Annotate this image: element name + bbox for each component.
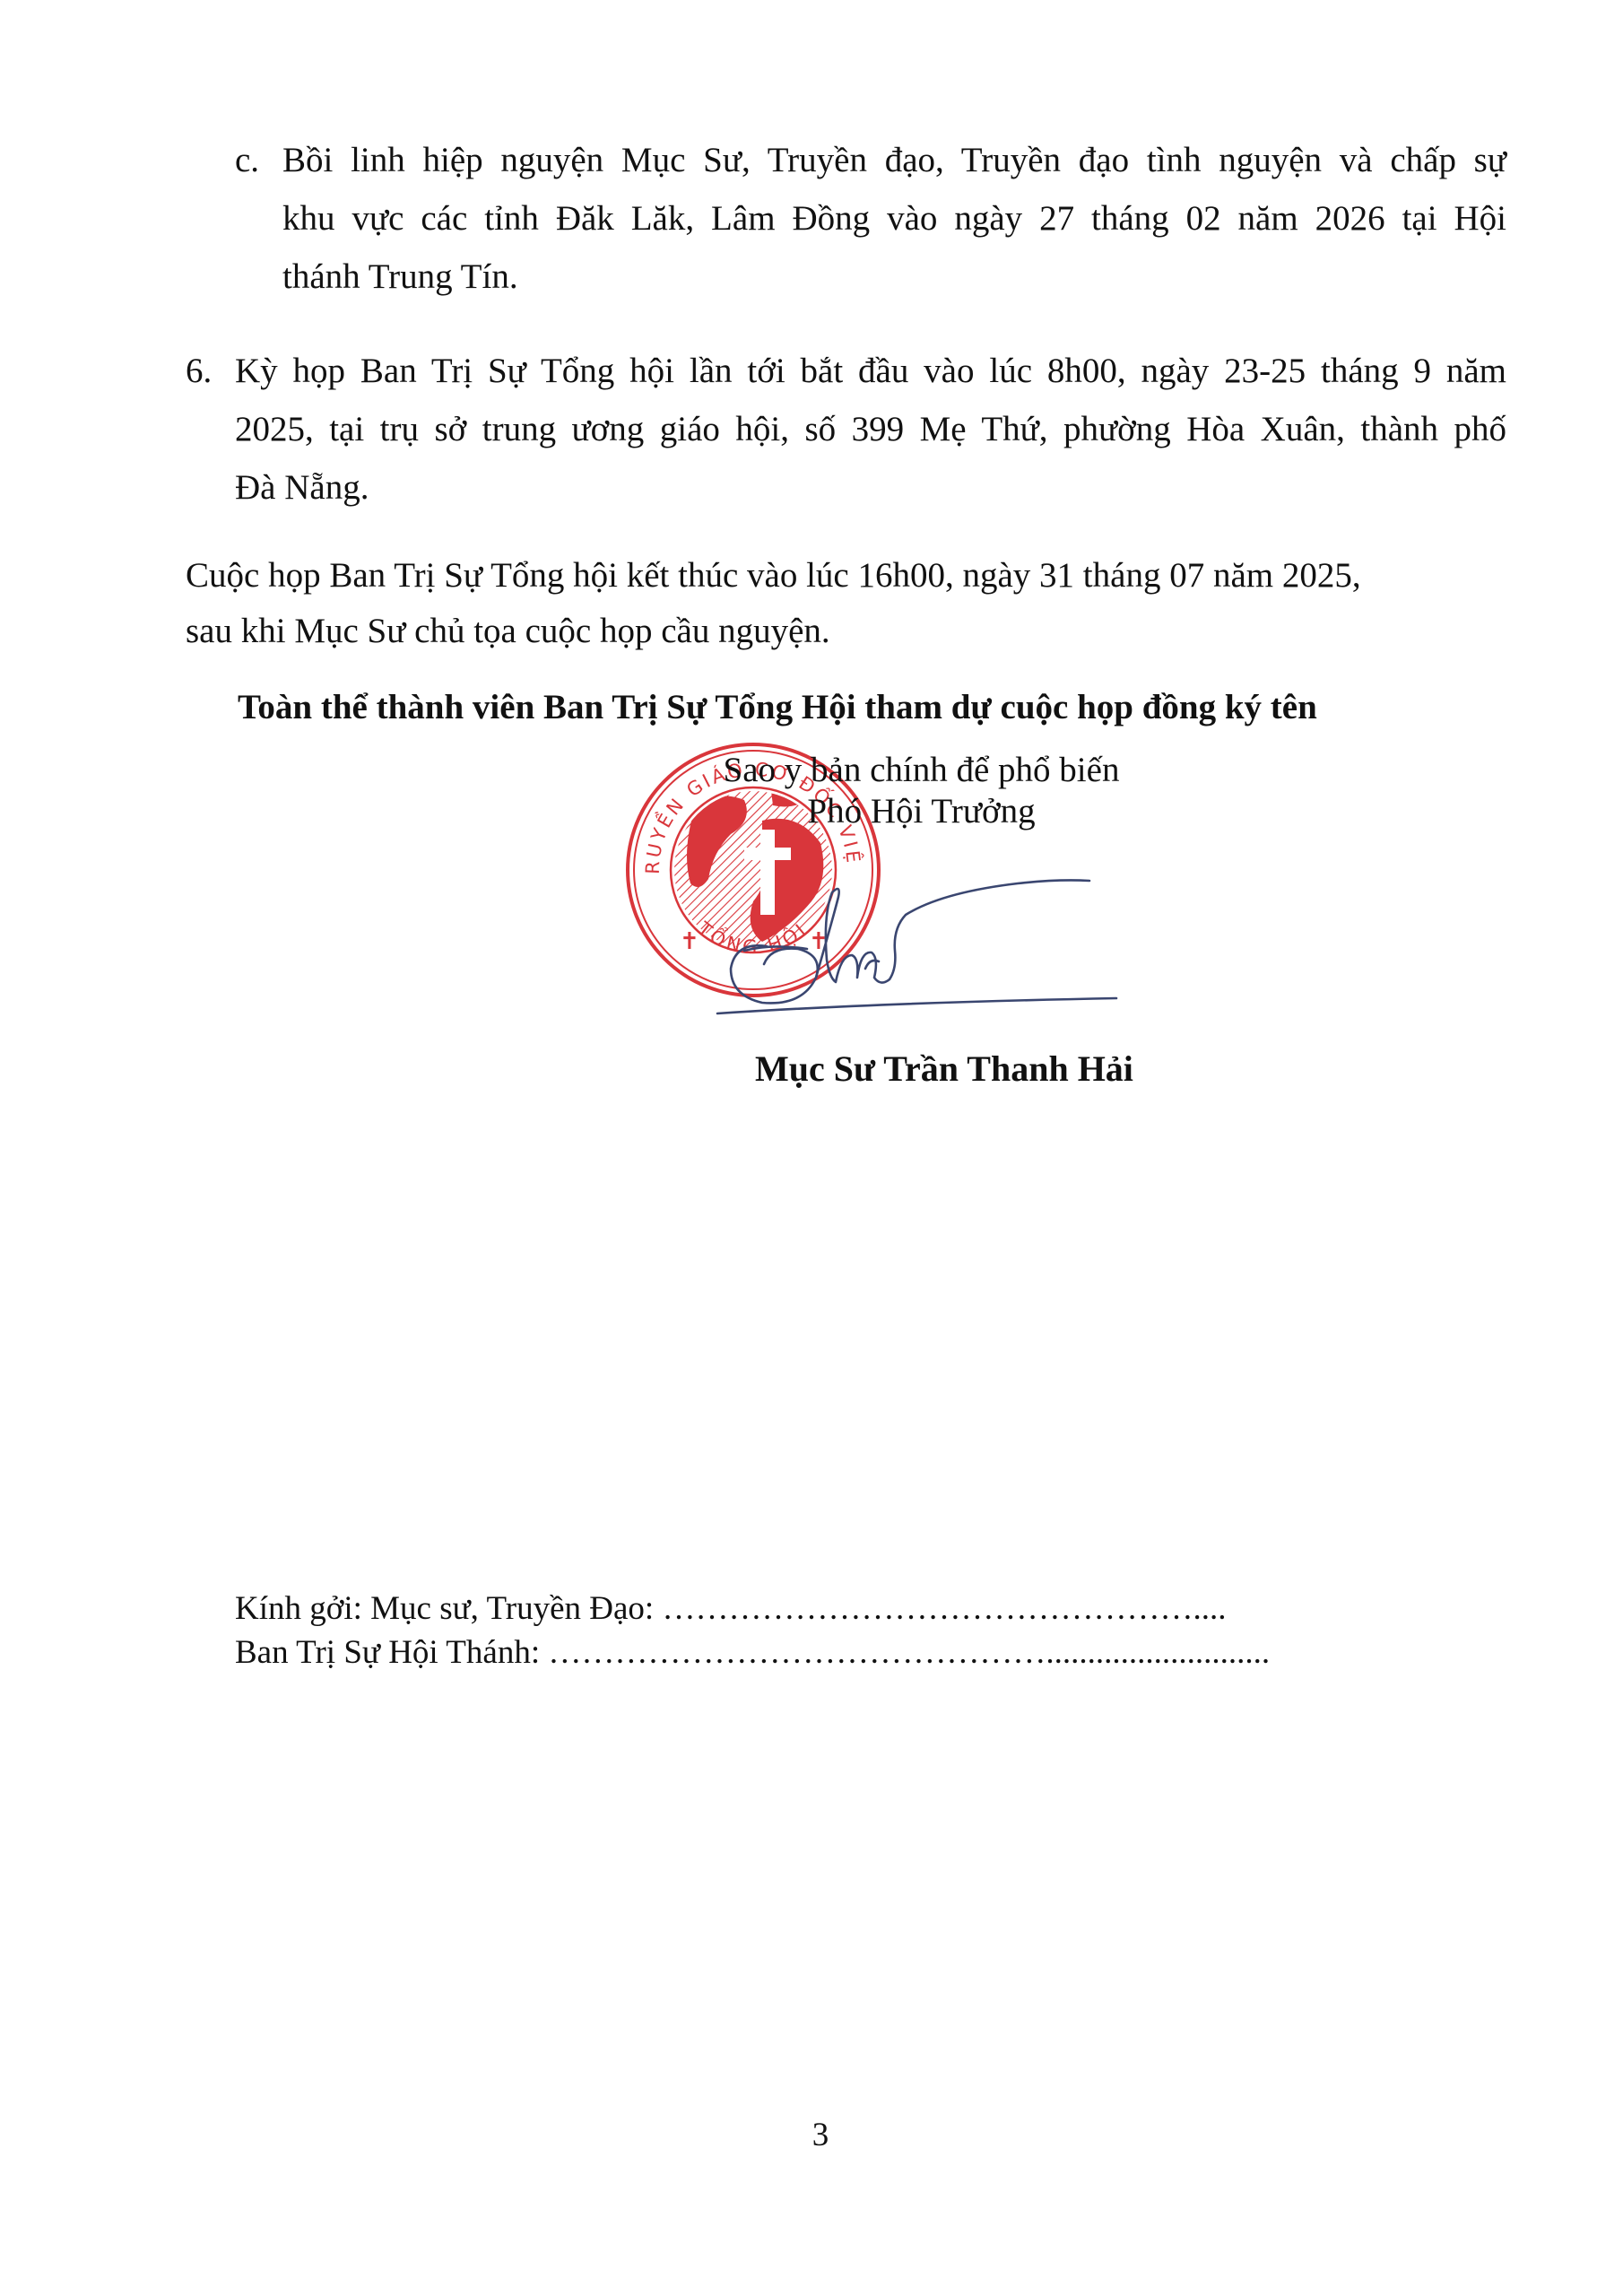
page-number: 3	[0, 2118, 1623, 2152]
item-c-line-1: Bồi linh hiệp nguyện Mục Sư, Truyền đạo,…	[282, 143, 1506, 178]
signer-name: Mục Sư Trần Thanh Hải	[755, 1051, 1133, 1087]
addressee-blank-1: …………………………………………....	[662, 1590, 1226, 1627]
closing-line-2: sau khi Mục Sư chủ tọa cuộc họp cầu nguy…	[186, 613, 830, 648]
addressee-label-1: Kính gởi: Mục sư, Truyền Đạo:	[235, 1590, 654, 1627]
handwritten-signature	[681, 843, 1148, 1031]
signing-statement: Toàn thể thành viên Ban Trị Sự Tổng Hội …	[238, 690, 1317, 725]
item-c-line-3: thánh Trung Tín.	[282, 259, 518, 294]
copy-certification-note: Sao y bản chính để phổ biến	[704, 752, 1139, 787]
item-6-line-1: Kỳ họp Ban Trị Sự Tổng hội lần tới bắt đ…	[235, 353, 1506, 388]
item-6-line-2: 2025, tại trụ sở trung ương giáo hội, số…	[235, 412, 1506, 447]
document-page: c. Bồi linh hiệp nguyện Mục Sư, Truyền đ…	[0, 0, 1623, 2296]
addressee-line-2: Ban Trị Sự Hội Thánh: ………………………………………...…	[235, 1636, 1270, 1669]
closing-line-1: Cuộc họp Ban Trị Sự Tổng hội kết thúc và…	[186, 558, 1361, 593]
signer-title: Phó Hội Trưởng	[704, 794, 1139, 829]
addressee-label-2: Ban Trị Sự Hội Thánh:	[235, 1634, 540, 1671]
addressee-blank-2: ……………………………………….........................…	[548, 1634, 1270, 1671]
addressee-line-1: Kính gởi: Mục sư, Truyền Đạo: ……………………………	[235, 1592, 1226, 1625]
list-marker-6: 6.	[186, 353, 212, 388]
item-c-line-2: khu vực các tỉnh Đăk Lăk, Lâm Đồng vào n…	[282, 201, 1506, 236]
item-6-line-3: Đà Nẵng.	[235, 470, 369, 505]
list-marker-c: c.	[235, 143, 259, 178]
